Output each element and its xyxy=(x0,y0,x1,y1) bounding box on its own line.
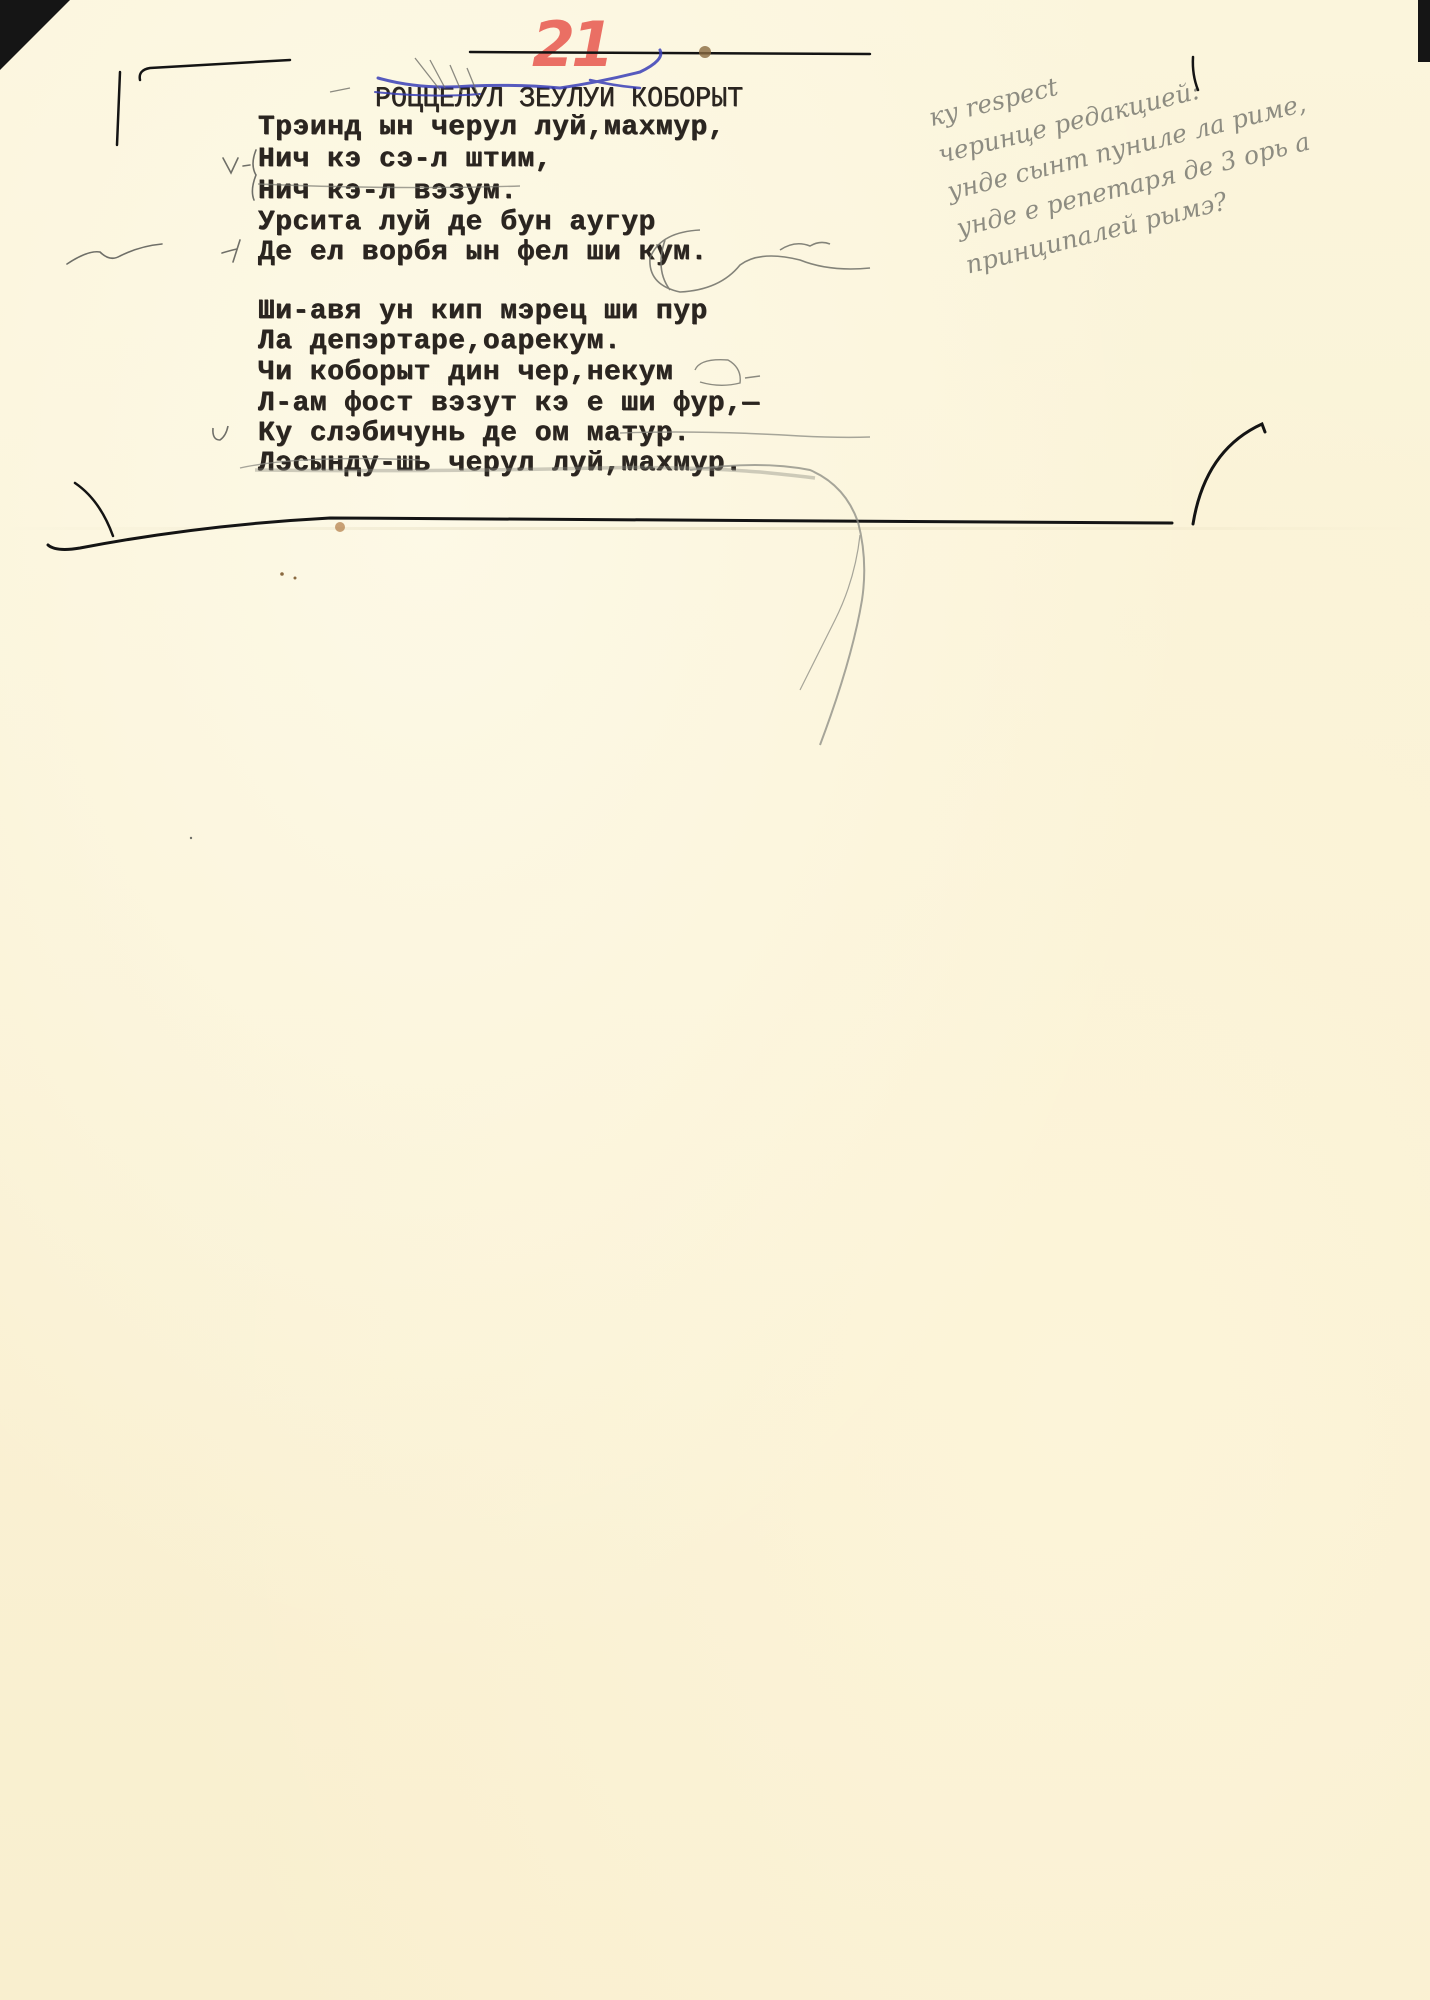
editorial-marks xyxy=(0,0,1430,2000)
pencil-circle-icon xyxy=(695,360,760,386)
document-page: 21 РОЦЦЕЛУЛ ЗЕУЛУИ КОБОРЫТ Трэинд ын чер… xyxy=(0,0,1430,2000)
pencil-underline-icon xyxy=(258,184,520,188)
speck-icon xyxy=(190,837,192,839)
ink-spot-icon xyxy=(699,46,711,58)
margin-check-icon xyxy=(213,426,228,440)
blue-strikeout-icon xyxy=(375,50,661,96)
pencil-strike-icon xyxy=(240,432,870,745)
margin-check-icon xyxy=(67,150,256,264)
pencil-scribble-icon xyxy=(330,58,478,95)
rust-spot-icon xyxy=(335,522,345,532)
speck-icon xyxy=(294,577,297,580)
crop-brackets-icon xyxy=(48,52,1265,549)
scanner-background-edge xyxy=(1418,0,1430,62)
pencil-circle-icon xyxy=(650,230,870,292)
speck-icon xyxy=(280,572,284,576)
